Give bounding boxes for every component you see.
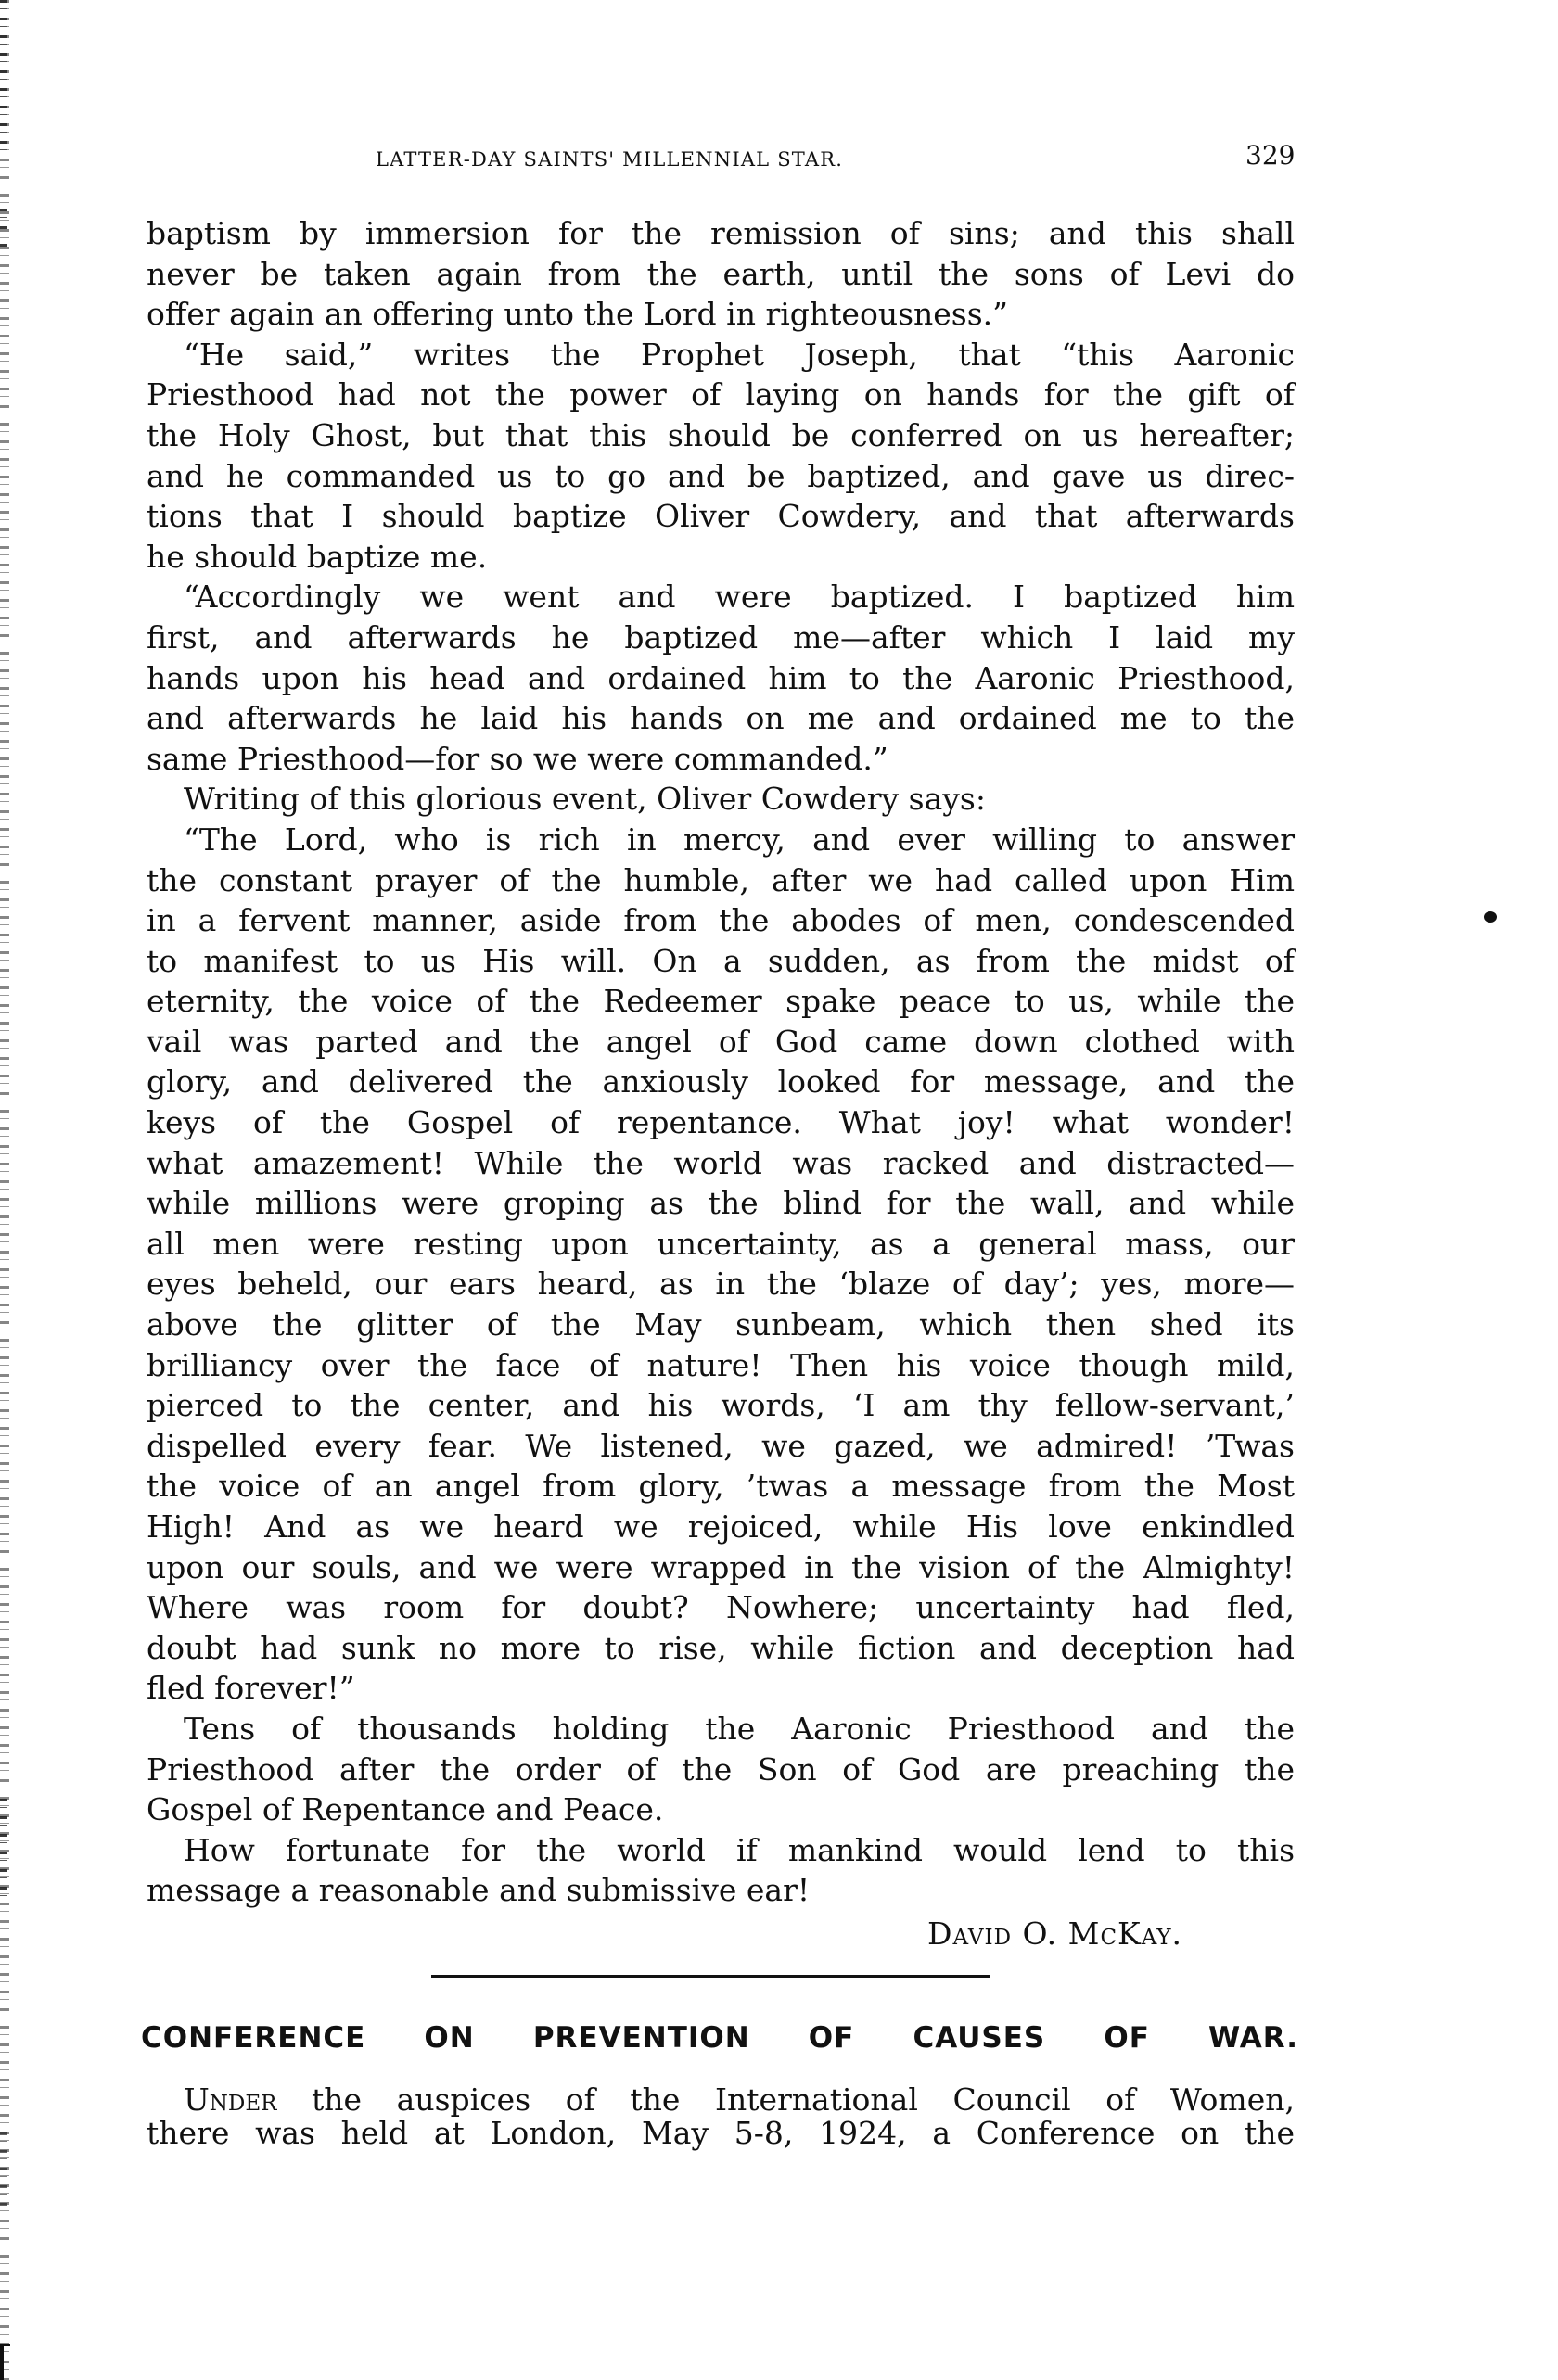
text-line: first, and afterwards he baptized me—aft… [147, 617, 1295, 658]
text-line: he should baptize me. [147, 537, 1295, 578]
section-heading: CONFERENCE ON PREVENTION OF CAUSES OF WA… [141, 2021, 1298, 2055]
text-line: Where was room for doubt? Nowhere; uncer… [147, 1587, 1295, 1628]
text-line: Priesthood after the order of the Son of… [147, 1750, 1295, 1790]
running-head-title: LATTER-DAY SAINTS' MILLENNIAL STAR. [376, 146, 843, 172]
text-line: Gospel of Repentance and Peace. [147, 1789, 1295, 1830]
text-line: keys of the Gospel of repentance. What j… [147, 1102, 1295, 1143]
text-fragment: the auspices of the International Counci… [276, 2081, 1295, 2118]
text-line: all men were resting upon uncertainty, a… [147, 1224, 1295, 1265]
text-line: fled forever!” [147, 1668, 1295, 1709]
ink-spot [1484, 911, 1497, 923]
scan-edge-artifact [0, 0, 9, 2380]
scan-edge-artifact [0, 1799, 7, 1901]
scan-edge-artifact [0, 209, 7, 250]
text-line: same Priesthood—for so we were commanded… [147, 739, 1295, 780]
text-line: the Holy Ghost, but that this should be … [147, 415, 1295, 456]
text-line: while millions were groping as the blind… [147, 1183, 1295, 1224]
author-signature: David O. McKay. [927, 1914, 1182, 1954]
section-body: Under the auspices of the International … [147, 2083, 1295, 2150]
text-line: baptism by immersion for the remission o… [147, 213, 1295, 254]
text-line: what amazement! While the world was rack… [147, 1143, 1295, 1184]
text-line: above the glitter of the May sunbeam, wh… [147, 1305, 1295, 1345]
text-line: Priesthood had not the power of laying o… [147, 375, 1295, 415]
text-line: Writing of this glorious event, Oliver C… [147, 779, 1295, 820]
text-line: “Accordingly we went and were baptized. … [147, 577, 1295, 617]
text-line: eternity, the voice of the Redeemer spak… [147, 981, 1295, 1022]
crop-mark [0, 2344, 4, 2380]
text-line: upon our souls, and we were wrapped in t… [147, 1547, 1295, 1588]
text-line: tions that I should baptize Oliver Cowde… [147, 496, 1295, 537]
text-line: and afterwards he laid his hands on me a… [147, 698, 1295, 739]
text-line: message a reasonable and submissive ear! [147, 1870, 1295, 1911]
text-line: the constant prayer of the humble, after… [147, 860, 1295, 901]
text-line: Under the auspices of the International … [147, 2083, 1295, 2117]
text-line: dispelled every fear. We listened, we ga… [147, 1426, 1295, 1467]
text-line: and he commanded us to go and be baptize… [147, 456, 1295, 497]
text-line: to manifest to us His will. On a sudden,… [147, 941, 1295, 982]
text-line: “The Lord, who is rich in mercy, and eve… [147, 820, 1295, 860]
text-line: brilliancy over the face of nature! Then… [147, 1345, 1295, 1386]
text-line: “He said,” writes the Prophet Joseph, th… [147, 335, 1295, 375]
text-line: pierced to the center, and his words, ‘I… [147, 1385, 1295, 1426]
scan-edge-artifact [0, 0, 7, 158]
text-line: glory, and delivered the anxiously looke… [147, 1062, 1295, 1102]
text-line: never be taken again from the earth, unt… [147, 254, 1295, 295]
section-divider [431, 1975, 990, 1978]
scan-edge-artifact [0, 2132, 7, 2207]
text-line: in a fervent manner, aside from the abod… [147, 900, 1295, 941]
text-line: eyes beheld, our ears heard, as in the ‘… [147, 1264, 1295, 1305]
document-page: LATTER-DAY SAINTS' MILLENNIAL STAR. 329 … [0, 0, 1558, 2380]
text-line: vail was parted and the angel of God cam… [147, 1022, 1295, 1063]
article-body: baptism by immersion for the remission o… [147, 213, 1295, 1911]
text-line: Tens of thousands holding the Aaronic Pr… [147, 1709, 1295, 1750]
text-line: offer again an offering unto the Lord in… [147, 294, 1295, 335]
text-line: High! And as we heard we rejoiced, while… [147, 1507, 1295, 1547]
text-line: How fortunate for the world if mankind w… [147, 1830, 1295, 1871]
lead-word: Under [184, 2081, 276, 2118]
text-line: the voice of an angel from glory, ’twas … [147, 1466, 1295, 1507]
text-line: hands upon his head and ordained him to … [147, 658, 1295, 699]
page-number: 329 [1245, 141, 1295, 171]
text-line: there was held at London, May 5-8, 1924,… [147, 2117, 1295, 2150]
text-line: doubt had sunk no more to rise, while fi… [147, 1628, 1295, 1669]
